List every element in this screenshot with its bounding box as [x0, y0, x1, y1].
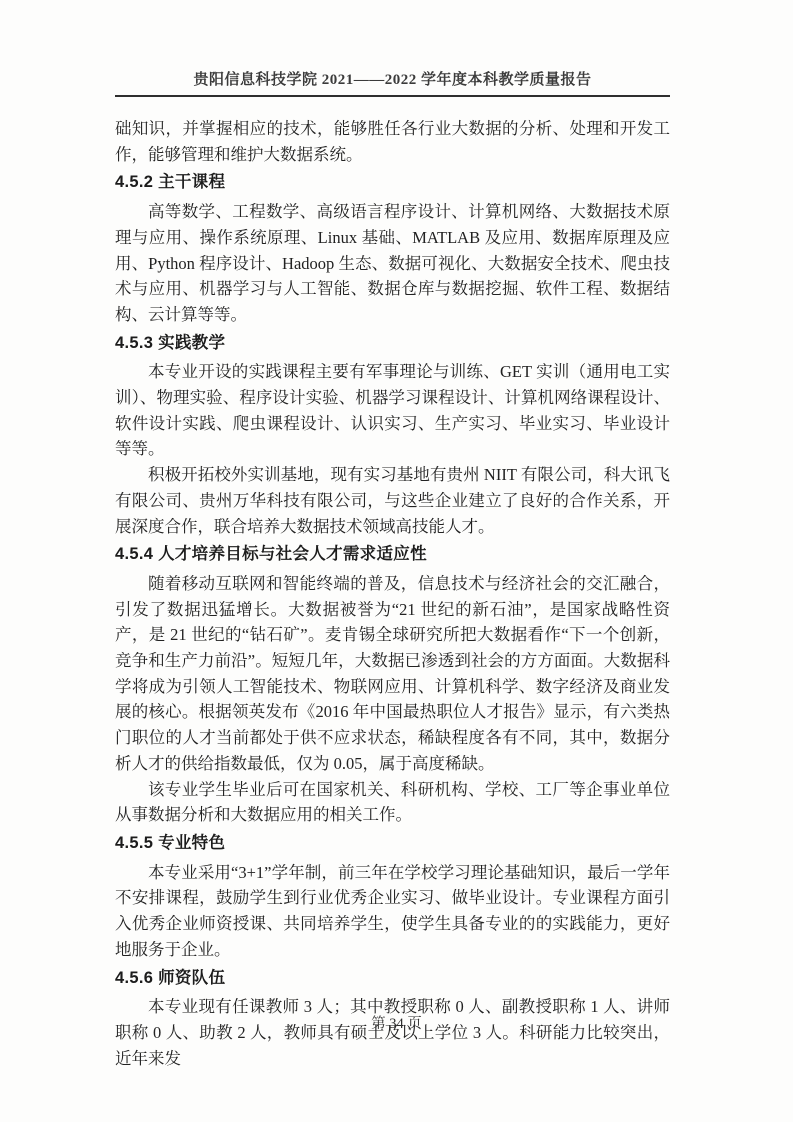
page-body: 础知识，并掌握相应的技术，能够胜任各行业大数据的分析、处理和开发工作，能够管理和…: [115, 116, 670, 1071]
body-paragraph: 本专业开设的实践课程主要有军事理论与训练、GET 实训（通用电工实训）、物理实验…: [115, 359, 670, 462]
section-heading: 4.5.6 师资队伍: [115, 966, 670, 992]
header-rule: [115, 95, 670, 97]
body-paragraph: 随着移动互联网和智能终端的普及，信息技术与经济社会的交汇融合，引发了数据迅猛增长…: [115, 571, 670, 777]
page-number: 第 34 页: [371, 1016, 422, 1032]
section-heading: 4.5.2 主干课程: [115, 170, 670, 196]
document-page: 贵阳信息科技学院 2021——2022 学年度本科教学质量报告 础知识，并掌握相…: [0, 0, 793, 1122]
body-paragraph: 该专业学生毕业后可在国家机关、科研机构、学校、工厂等企事业单位从事数据分析和大数…: [115, 777, 670, 828]
body-paragraph: 本专业采用“3+1”学年制，前三年在学校学习理论基础知识，最后一学年不安排课程，…: [115, 860, 670, 963]
section-heading: 4.5.5 专业特色: [115, 831, 670, 857]
section-heading: 4.5.4 人才培养目标与社会人才需求适应性: [115, 542, 670, 568]
section-heading: 4.5.3 实践教学: [115, 331, 670, 357]
page-footer: 第 34 页: [0, 1012, 793, 1033]
body-paragraph: 积极开拓校外实训基地，现有实习基地有贵州 NIIT 有限公司，科大讯飞有限公司、…: [115, 462, 670, 539]
page-header-title: 贵阳信息科技学院 2021——2022 学年度本科教学质量报告: [115, 68, 670, 89]
body-paragraph: 础知识，并掌握相应的技术，能够胜任各行业大数据的分析、处理和开发工作，能够管理和…: [115, 116, 670, 167]
body-paragraph: 高等数学、工程数学、高级语言程序设计、计算机网络、大数据技术原理与应用、操作系统…: [115, 199, 670, 328]
page-content: 贵阳信息科技学院 2021——2022 学年度本科教学质量报告 础知识，并掌握相…: [115, 68, 670, 1071]
